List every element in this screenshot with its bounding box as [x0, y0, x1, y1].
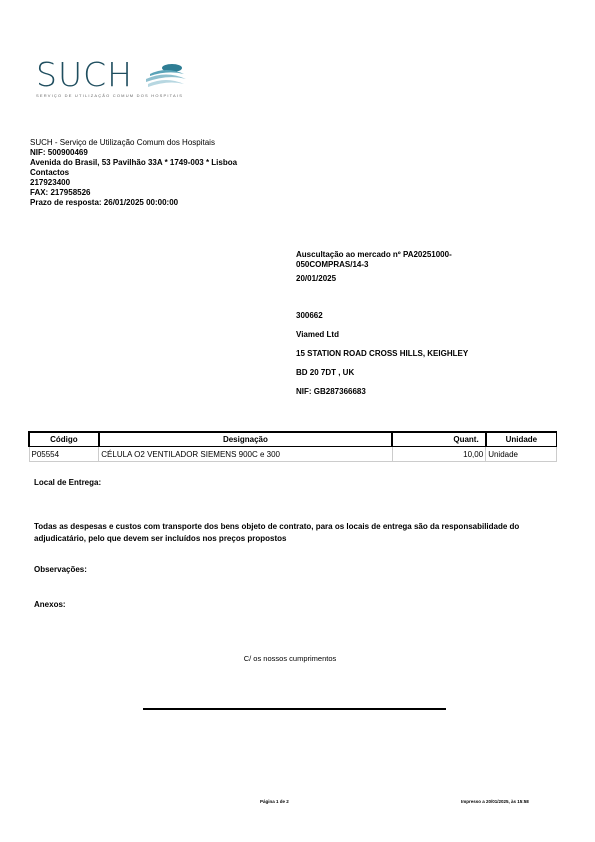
cell-designacao: CÉLULA O2 VENTILADOR SIEMENS 900C e 300 [99, 447, 392, 462]
wave-logo-icon [144, 62, 188, 90]
header-codigo: Código [29, 432, 99, 447]
logo-text: SUCH [36, 58, 133, 92]
supplier-code: 300662 [296, 311, 468, 330]
supplier-address-line1: 15 STATION ROAD CROSS HILLS, KEIGHLEY [296, 349, 468, 368]
sender-phone: 217923400 [30, 178, 237, 188]
cell-quant: 10,00 [392, 447, 486, 462]
sender-address: Avenida do Brasil, 53 Pavilhão 33A * 174… [30, 158, 237, 168]
sender-block: SUCH - Serviço de Utilização Comum dos H… [30, 138, 237, 208]
sender-nif: NIF: 500900469 [30, 148, 237, 158]
sender-contacts-label: Contactos [30, 168, 237, 178]
signature-line [143, 708, 446, 710]
cell-unidade: Unidade [486, 447, 557, 462]
header-unidade: Unidade [486, 432, 557, 447]
supplier-nif: NIF: GB287366683 [296, 387, 468, 406]
response-deadline: Prazo de resposta: 26/01/2025 00:00:00 [30, 198, 237, 208]
table-row: P05554 CÉLULA O2 VENTILADOR SIEMENS 900C… [29, 447, 557, 462]
supplier-name: Viamed Ltd [296, 330, 468, 349]
reference-date: 20/01/2025 [296, 274, 336, 283]
items-table: Código Designação Quant. Unidade P05554 … [28, 431, 557, 462]
print-timestamp: Impresso a 20/01/2025, às 15:58 [461, 799, 529, 804]
sender-fax: FAX: 217958526 [30, 188, 237, 198]
transport-cost-note: Todas as despesas e custos com transport… [34, 521, 554, 545]
closing-greeting: C/ os nossos cumprimentos [0, 654, 580, 663]
such-logo: SUCH [36, 58, 186, 98]
header-designacao: Designação [99, 432, 392, 447]
delivery-location-label: Local de Entrega: [34, 478, 101, 487]
page-number: Página 1 de 2 [260, 799, 289, 804]
supplier-address-line2: BD 20 7DT , UK [296, 368, 468, 387]
observations-label: Observações: [34, 565, 87, 574]
cell-codigo: P05554 [29, 447, 99, 462]
attachments-label: Anexos: [34, 600, 66, 609]
sender-name: SUCH - Serviço de Utilização Comum dos H… [30, 138, 237, 148]
logo-tagline: SERVIÇO DE UTILIZAÇÃO COMUM DOS HOSPITAI… [36, 93, 183, 98]
supplier-block: 300662 Viamed Ltd 15 STATION ROAD CROSS … [296, 311, 468, 406]
header-quant: Quant. [392, 432, 486, 447]
table-header-row: Código Designação Quant. Unidade [29, 432, 557, 447]
reference-title: Auscultação ao mercado nº PA20251000-050… [296, 250, 496, 270]
